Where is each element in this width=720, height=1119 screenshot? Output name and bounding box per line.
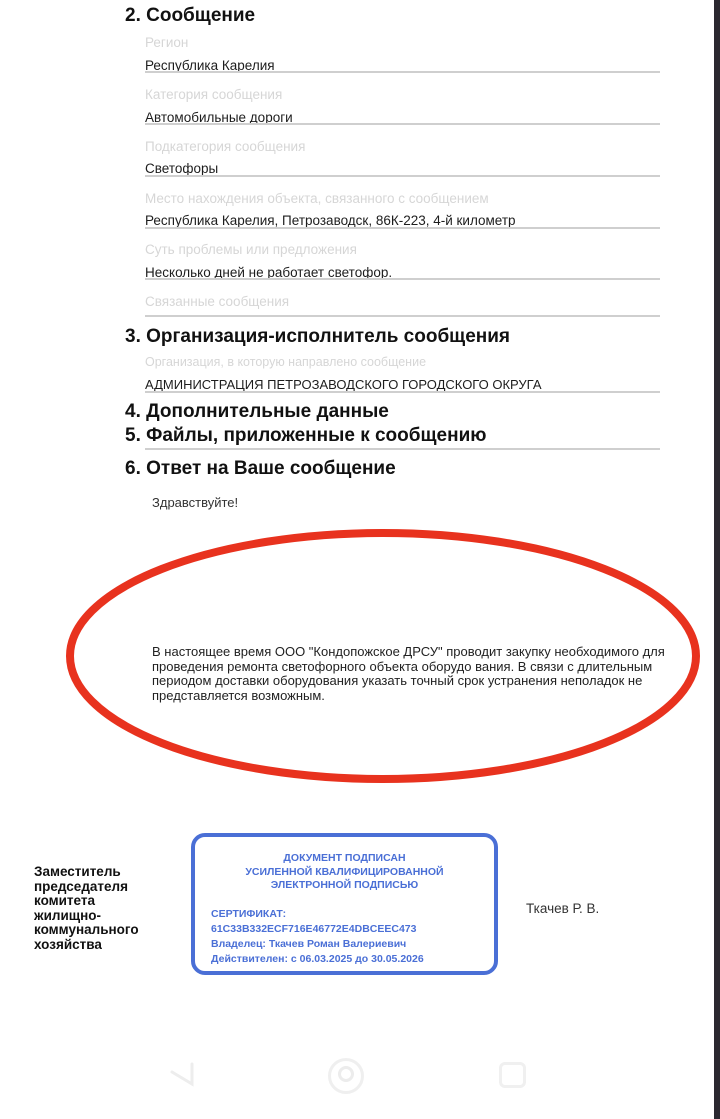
field-label-category: Категория сообщения (145, 87, 282, 102)
screen-edge (714, 0, 720, 1119)
field-label-problem: Суть проблемы или предложения (145, 242, 357, 257)
stamp-cert-label: СЕРТИФИКАТ: (211, 907, 424, 922)
stamp-owner: Владелец: Ткачев Роман Валериевич (211, 937, 424, 952)
divider (145, 71, 660, 73)
field-label-subcategory: Подкатегория сообщения (145, 139, 305, 154)
section-organization-title: 3. Организация-исполнитель сообщения (125, 326, 510, 348)
recent-apps-icon[interactable] (499, 1062, 526, 1088)
stamp-line-3: ЭЛЕКТРОННОЙ ПОДПИСЬЮ (195, 879, 494, 893)
divider (145, 315, 660, 317)
divider (145, 391, 660, 393)
stamp-line-1: ДОКУМЕНТ ПОДПИСАН (195, 852, 494, 866)
field-value-subcategory: Светофоры (145, 161, 218, 176)
field-label-related: Связанные сообщения (145, 294, 289, 309)
answer-greeting: Здравствуйте! (152, 495, 238, 510)
home-icon[interactable] (328, 1058, 364, 1094)
field-label-organization: Организация, в которую направлено сообще… (145, 355, 426, 369)
e-signature-stamp: ДОКУМЕНТ ПОДПИСАН УСИЛЕННОЙ КВАЛИФИЦИРОВ… (191, 833, 498, 975)
stamp-cert-id: 61C33B332ECF716E46772E4DBCEEC473 (211, 922, 424, 937)
divider (145, 227, 660, 229)
stamp-line-2: УСИЛЕННОЙ КВАЛИФИЦИРОВАННОЙ (195, 866, 494, 880)
divider (145, 278, 660, 280)
back-icon[interactable] (168, 1060, 196, 1088)
signer-position: Заместитель председателя комитета жилищн… (34, 865, 164, 952)
field-label-region: Регион (145, 35, 188, 50)
section-files-title: 5. Файлы, приложенные к сообщению (125, 425, 486, 447)
section-message-title: 2. Сообщение (125, 5, 255, 27)
answer-text: В настоящее время ООО "Кондопожское ДРСУ… (152, 645, 672, 703)
field-label-location: Место нахождения объекта, связанного с с… (145, 191, 489, 206)
section-additional-title: 4. Дополнительные данные (125, 401, 389, 423)
divider (145, 123, 660, 125)
divider (145, 175, 660, 177)
signer-name: Ткачев Р. В. (526, 901, 599, 916)
divider (145, 448, 660, 450)
stamp-validity: Действителен: с 06.03.2025 до 30.05.2026 (211, 952, 424, 967)
section-answer-title: 6. Ответ на Ваше сообщение (125, 458, 396, 480)
field-value-organization: АДМИНИСТРАЦИЯ ПЕТРОЗАВОДСКОГО ГОРОДСКОГО… (145, 377, 542, 392)
field-value-location: Республика Карелия, Петрозаводск, 86К-22… (145, 213, 516, 228)
